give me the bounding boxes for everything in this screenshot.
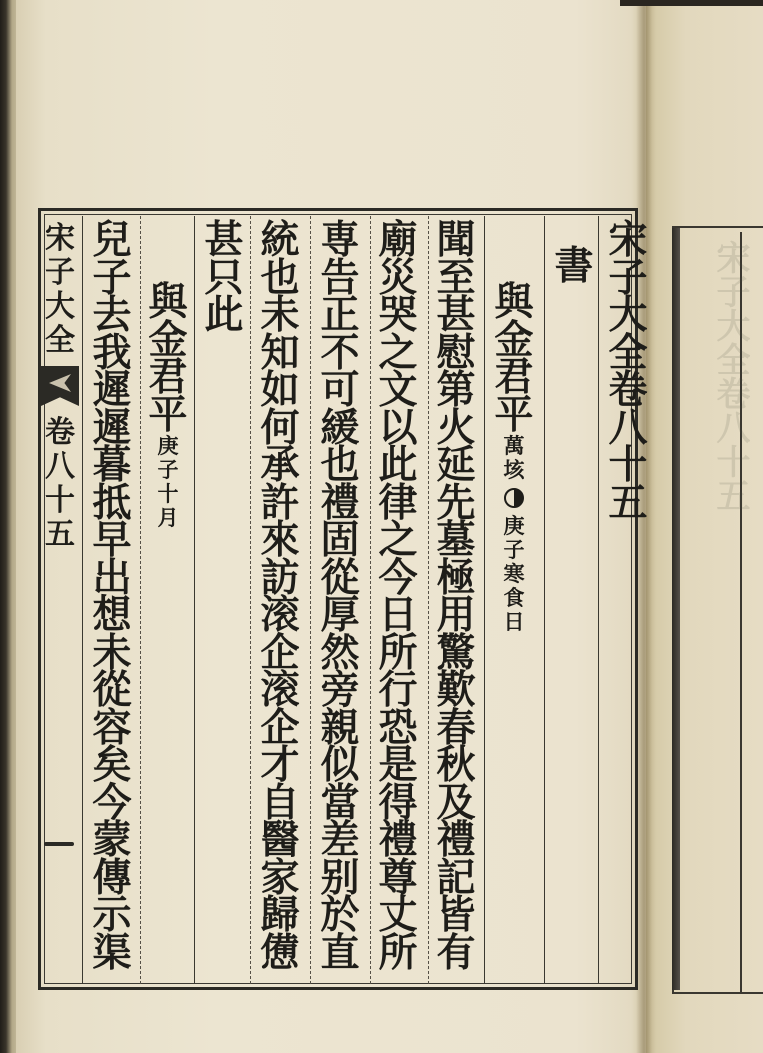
character: 醫 <box>260 822 299 860</box>
character: 全 <box>45 324 75 358</box>
character: 歸 <box>260 897 299 935</box>
character: 文 <box>378 372 417 410</box>
character: 萬 <box>504 434 525 458</box>
character: 十 <box>45 484 75 518</box>
character: 此 <box>204 297 243 335</box>
character: 旁 <box>320 672 359 710</box>
black-circle-mark-icon <box>504 488 524 508</box>
character: 皆 <box>436 897 475 935</box>
character: 行 <box>378 672 417 710</box>
character: 才 <box>260 747 299 785</box>
fishtail-icon <box>41 366 79 406</box>
character: 去 <box>92 297 131 335</box>
character: 子 <box>158 458 179 482</box>
date-note: 庚子寒食日 <box>504 514 525 634</box>
character: 平 <box>494 397 533 435</box>
character: 與 <box>148 284 187 322</box>
character: 食 <box>504 586 525 610</box>
character: 甚 <box>204 222 243 260</box>
character: 暮 <box>92 447 131 485</box>
character: 大 <box>45 290 75 324</box>
character: 可 <box>320 372 359 410</box>
character: 來 <box>260 522 299 560</box>
character: 卷 <box>608 372 647 410</box>
text-column: 甚只此 <box>196 222 252 982</box>
character: 與 <box>494 284 533 322</box>
character: 渠 <box>92 935 131 973</box>
background-edge <box>620 0 763 6</box>
character: 寒 <box>504 562 525 586</box>
character: 卷 <box>45 416 75 450</box>
character: 示 <box>92 897 131 935</box>
date-note: 庚子十月 <box>158 434 179 530</box>
character: 蒙 <box>92 822 131 860</box>
character: 庚 <box>504 514 525 538</box>
character: 宋 <box>608 222 647 260</box>
character: 五 <box>45 518 75 552</box>
right-page-frame-edge <box>672 228 680 990</box>
character: 直 <box>320 935 359 973</box>
character: 滚 <box>260 597 299 635</box>
character: 歎 <box>436 672 475 710</box>
character: 墓 <box>436 522 475 560</box>
character: 君 <box>148 359 187 397</box>
character: 子 <box>45 256 75 290</box>
character: 未 <box>260 297 299 335</box>
character: 日 <box>504 610 525 634</box>
column-divider <box>310 216 311 984</box>
character: 滚 <box>260 672 299 710</box>
character: 十 <box>158 482 179 506</box>
character: 憊 <box>260 935 299 973</box>
margin-title: 宋子大全 <box>45 222 75 358</box>
character: 五 <box>608 485 647 523</box>
character: 八 <box>45 450 75 484</box>
character: 庚 <box>158 434 179 458</box>
column-divider <box>544 216 545 984</box>
text-column: 専告正不可緩也禮固從厚然旁親似當差别於直 <box>312 222 368 982</box>
character: 秋 <box>436 747 475 785</box>
margin-divider <box>82 216 83 984</box>
character: 平 <box>148 397 187 435</box>
character: 君 <box>494 359 533 397</box>
page-number-mark <box>44 842 74 846</box>
text-column: 兒子去我遲遲暮抵早出想未從容矣今蒙傳示渠 <box>84 222 140 982</box>
character: 哭 <box>378 297 417 335</box>
character: 兒 <box>92 222 131 260</box>
character: 於 <box>320 897 359 935</box>
character: 固 <box>320 522 359 560</box>
recipient-note: 萬垓 <box>504 434 525 482</box>
character: 此 <box>378 447 417 485</box>
character: 十 <box>608 447 647 485</box>
character: 丈 <box>378 897 417 935</box>
character: 想 <box>92 597 131 635</box>
character: 厚 <box>320 597 359 635</box>
page-margin-column: 宋子大全 卷八十五 <box>40 222 80 982</box>
character: 統 <box>260 222 299 260</box>
character: 第 <box>436 372 475 410</box>
character: 從 <box>92 672 131 710</box>
character: 禮 <box>436 822 475 860</box>
character: 矣 <box>92 747 131 785</box>
character: 早 <box>92 522 131 560</box>
character: 専 <box>320 222 359 260</box>
text-column: 聞至甚慰第火延先墓極用驚歎春秋及禮記皆有 <box>428 222 484 982</box>
header-column: 宋子大全卷八十五 <box>600 222 656 982</box>
margin-volume: 卷八十五 <box>45 416 75 552</box>
letter-heading-column: 與金君平 萬垓 庚子寒食日 <box>486 222 542 1044</box>
character: 月 <box>158 506 179 530</box>
character: 承 <box>260 447 299 485</box>
character: 是 <box>378 747 417 785</box>
character: 大 <box>608 297 647 335</box>
character: 子 <box>504 538 525 562</box>
character: 所 <box>378 935 417 973</box>
character: 禮 <box>378 822 417 860</box>
character: 日 <box>378 597 417 635</box>
character: 宋 <box>45 222 75 256</box>
character: 廟 <box>378 222 417 260</box>
text-column: 統也未知如何承許來訪滚企滚企才自醫家歸憊 <box>252 222 308 982</box>
character: 也 <box>320 447 359 485</box>
character: 甚 <box>436 297 475 335</box>
character: 用 <box>436 597 475 635</box>
character: 書 <box>554 248 593 286</box>
section-title-column: 書 <box>546 222 602 1008</box>
character: 遲 <box>92 372 131 410</box>
bleed-through-text: 宋子大全卷八十五 <box>690 240 750 980</box>
character: 聞 <box>436 222 475 260</box>
character: 正 <box>320 297 359 335</box>
character: 似 <box>320 747 359 785</box>
text-column: 廟災哭之文以此律之今日所行恐是得禮尊丈所 <box>370 222 426 982</box>
character: 之 <box>378 522 417 560</box>
character: 如 <box>260 372 299 410</box>
character: 延 <box>436 447 475 485</box>
character: 有 <box>436 935 475 973</box>
character: 差 <box>320 822 359 860</box>
column-divider <box>484 216 485 984</box>
letter-heading-column: 與金君平 庚子十月 <box>140 222 196 1044</box>
character: 垓 <box>504 458 525 482</box>
